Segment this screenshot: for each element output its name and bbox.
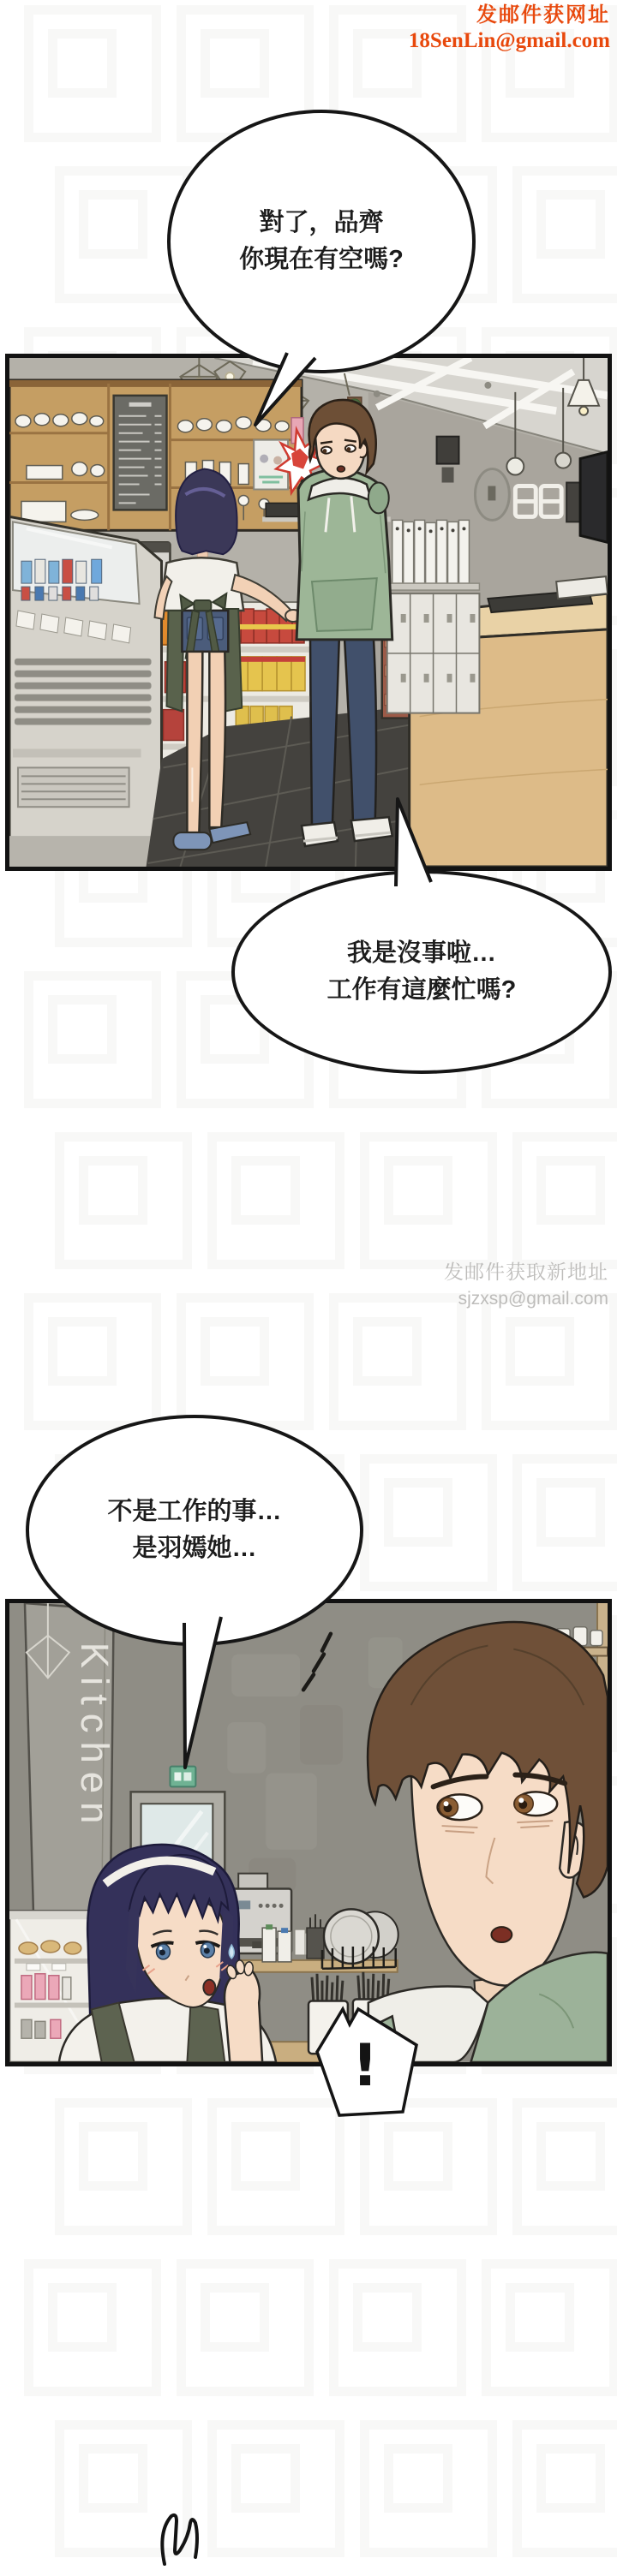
watermark-tile bbox=[512, 166, 617, 303]
watermark-tile bbox=[360, 2420, 497, 2557]
watermark-tile bbox=[360, 1132, 497, 1269]
watermark-tile bbox=[24, 2259, 161, 2396]
watermark-tile bbox=[24, 5, 161, 142]
bubble-1-line-1: 對了，品齊 bbox=[259, 205, 383, 241]
watermark-tile bbox=[177, 1293, 314, 1430]
watermark-tile bbox=[55, 1132, 192, 1269]
watermark-tile bbox=[207, 2420, 344, 2557]
watermark-tile bbox=[207, 1132, 344, 1269]
panel-2-closeup-scene: Kitchen bbox=[5, 1599, 612, 2066]
speech-bubble-1: 對了，品齊 你現在有空嗎? bbox=[167, 110, 476, 373]
kitchen-sign-text: Kitchen bbox=[73, 1643, 117, 1833]
mid-watermark-line1: 发邮件获取新地址 bbox=[444, 1259, 608, 1285]
bubble-1-tail bbox=[249, 343, 326, 432]
watermark-tile bbox=[24, 971, 161, 1108]
display-fridge bbox=[9, 516, 161, 867]
watermark-tile bbox=[24, 1293, 161, 1430]
bubble-3-line-2: 是羽嫣她… bbox=[132, 1530, 256, 1567]
bubble-2-line-1: 我是沒事啦… bbox=[347, 935, 496, 972]
watermark-tile bbox=[512, 1454, 617, 1591]
watermark-tile bbox=[360, 1454, 497, 1591]
watermark-tile bbox=[482, 1293, 617, 1430]
watermark-tile bbox=[329, 1293, 466, 1430]
speech-bubble-2: 我是沒事啦… 工作有這麼忙嗎? bbox=[231, 870, 612, 1074]
sweat-drop bbox=[229, 1945, 234, 1959]
panel-2-art: Kitchen bbox=[9, 1603, 608, 2062]
bottom-scribble-mark bbox=[153, 2507, 213, 2572]
bubble-2-line-2: 工作有這麼忙嗎? bbox=[327, 972, 517, 1009]
top-watermark: 发邮件获网址 18SenLin@gmail.com bbox=[409, 3, 610, 53]
watermark-tile bbox=[482, 2259, 617, 2396]
burst-exclamation-text: ! bbox=[351, 2032, 378, 2100]
bubble-2-tail bbox=[377, 788, 446, 895]
watermark-tile bbox=[512, 1132, 617, 1269]
exclamation-burst-bubble: ! bbox=[305, 2002, 429, 2122]
top-watermark-email: 18SenLin@gmail.com bbox=[409, 28, 610, 53]
comic-page: 发邮件获网址 18SenLin@gmail.com bbox=[0, 0, 617, 2576]
watermark-tile bbox=[512, 2420, 617, 2557]
watermark-tile bbox=[177, 2259, 314, 2396]
mid-watermark: 发邮件获取新地址 sjzxsp@gmail.com bbox=[444, 1259, 608, 1312]
bubble-3-tail bbox=[167, 1606, 236, 1777]
bubble-1-line-2: 你現在有空嗎? bbox=[239, 241, 404, 278]
wall-speaker bbox=[437, 437, 459, 464]
top-watermark-line1: 发邮件获网址 bbox=[409, 3, 610, 28]
panel-1-art bbox=[9, 358, 608, 867]
watermark-tile bbox=[512, 2098, 617, 2235]
menu-board bbox=[114, 396, 167, 510]
mid-watermark-email: sjzxsp@gmail.com bbox=[444, 1285, 608, 1312]
watermark-tile bbox=[329, 2259, 466, 2396]
tv-screen bbox=[580, 452, 608, 543]
watermark-tile bbox=[55, 2098, 192, 2235]
bubble-3-line-1: 不是工作的事… bbox=[107, 1494, 281, 1530]
